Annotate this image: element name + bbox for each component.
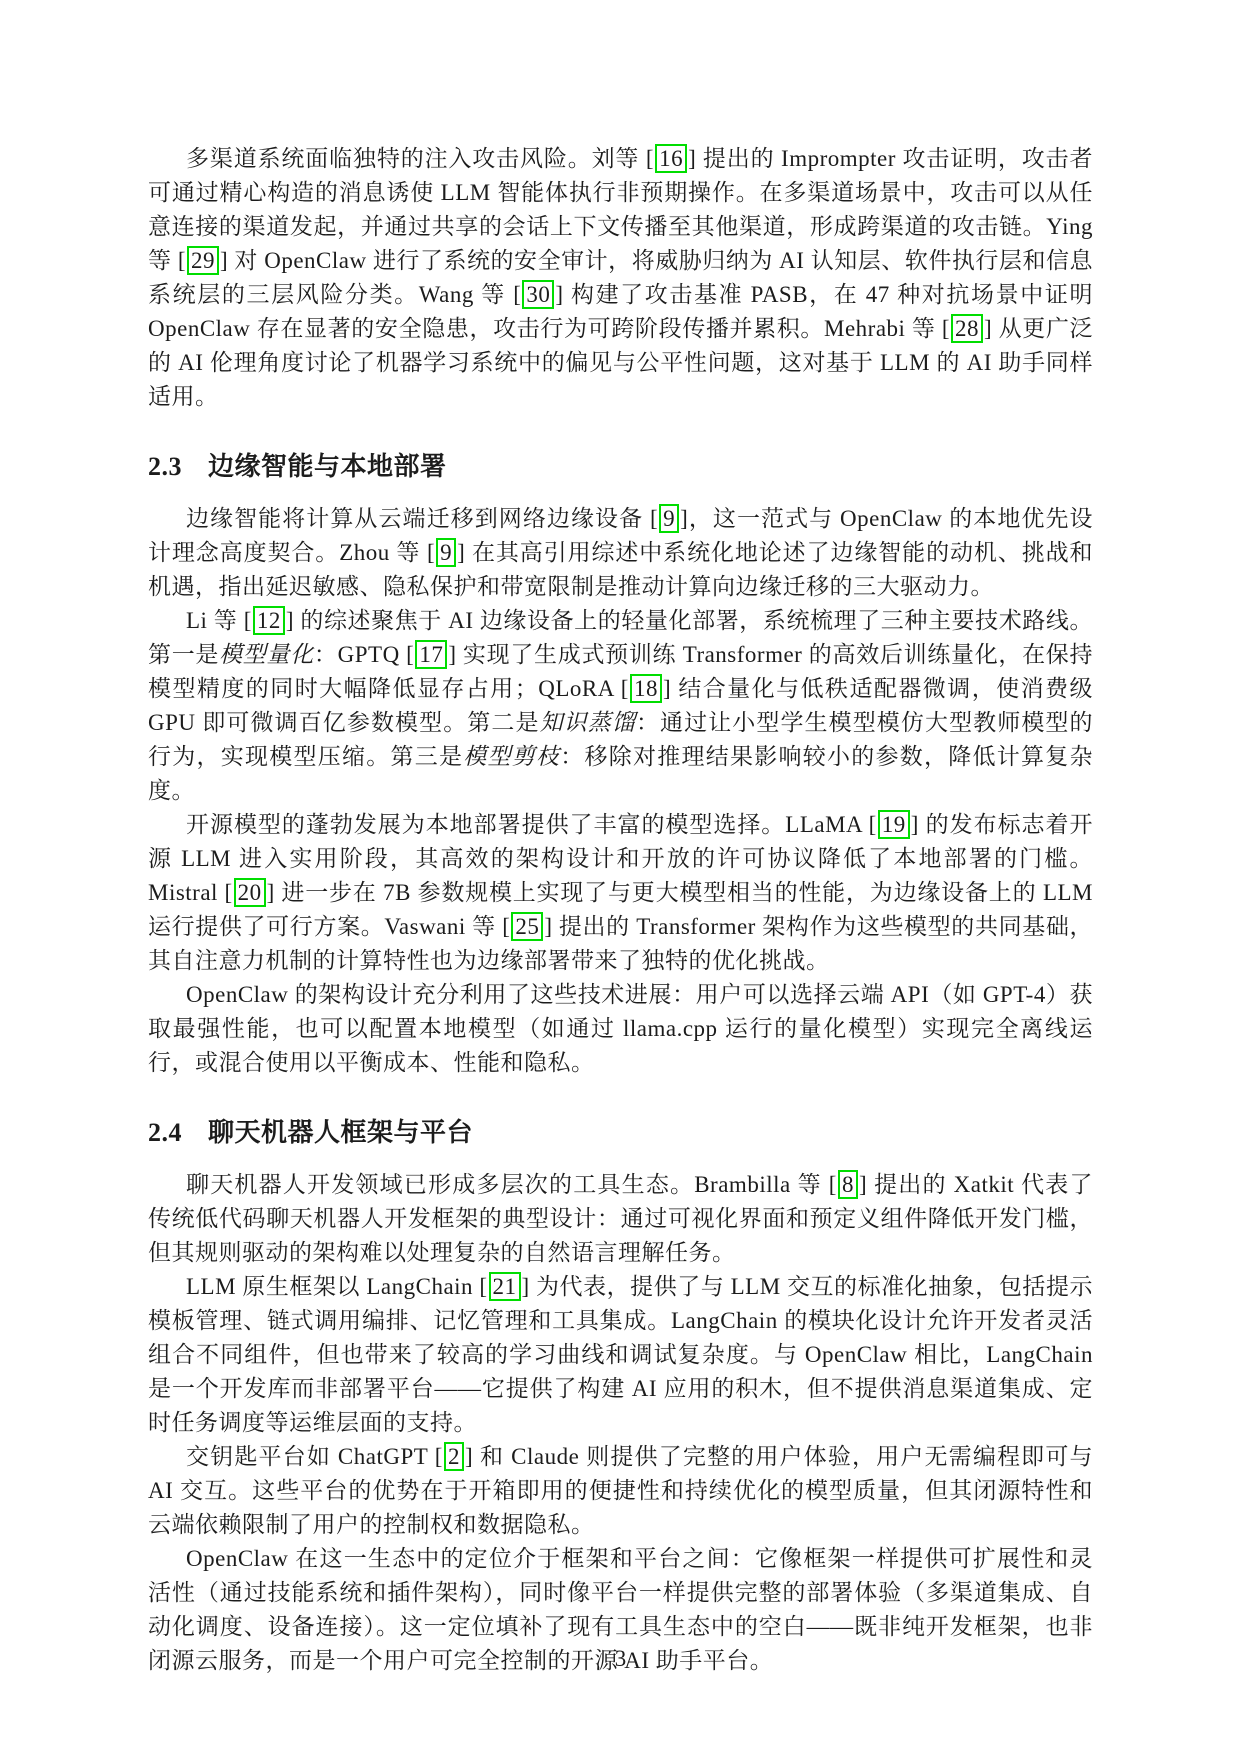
citation-number[interactable]: 21 <box>489 1272 521 1301</box>
citation-number[interactable]: 19 <box>878 810 910 839</box>
citation-number[interactable]: 9 <box>659 504 679 533</box>
citation-9[interactable]: [9] <box>427 540 465 565</box>
citation-16[interactable]: [16] <box>646 146 696 171</box>
citation-17[interactable]: [17] <box>406 642 456 667</box>
section-heading-2-3: 2.3边缘智能与本地部署 <box>148 451 1093 482</box>
citation-28[interactable]: [28] <box>942 316 992 341</box>
citation-20[interactable]: [20] <box>225 880 275 905</box>
citation-number[interactable]: 9 <box>436 538 456 567</box>
citation-number[interactable]: 25 <box>511 912 543 941</box>
citation-19[interactable]: [19] <box>869 812 919 837</box>
page-number: 3 <box>0 1645 1241 1673</box>
para-edge-intelligence: 边缘智能将计算从云端迁移到网络边缘设备 [9]，这一范式与 OpenClaw 的… <box>148 502 1093 604</box>
citation-9[interactable]: [9] <box>650 506 688 531</box>
citation-number[interactable]: 12 <box>253 606 285 635</box>
citation-8[interactable]: [8] <box>829 1172 867 1197</box>
para-lightweight-deployment: Li 等 [12] 的综述聚焦于 AI 边缘设备上的轻量化部署，系统梳理了三种主… <box>148 604 1093 808</box>
citation-number[interactable]: 8 <box>838 1170 858 1199</box>
para-llm-native-frameworks: LLM 原生框架以 LangChain [21] 为代表，提供了与 LLM 交互… <box>148 1270 1093 1440</box>
section-heading-2-4: 2.4聊天机器人框架与平台 <box>148 1117 1093 1148</box>
citation-25[interactable]: [25] <box>502 914 552 939</box>
document-body: 多渠道系统面临独特的注入攻击风险。刘等 [16] 提出的 Imprompter … <box>148 142 1093 1678</box>
citation-29[interactable]: [29] <box>178 248 228 273</box>
citation-2[interactable]: [2] <box>435 1444 473 1469</box>
citation-number[interactable]: 2 <box>444 1442 464 1471</box>
citation-number[interactable]: 20 <box>234 878 266 907</box>
citation-21[interactable]: [21] <box>479 1274 529 1299</box>
emphasized-term: 知识蒸馏 <box>540 710 636 735</box>
citation-18[interactable]: [18] <box>621 676 671 701</box>
section-number: 2.3 <box>148 452 182 481</box>
para-turnkey-platforms: 交钥匙平台如 ChatGPT [2] 和 Claude 则提供了完整的用户体验，… <box>148 1440 1093 1542</box>
para-open-source-models: 开源模型的蓬勃发展为本地部署提供了丰富的模型选择。LLaMA [19] 的发布标… <box>148 808 1093 978</box>
section-title: 边缘智能与本地部署 <box>208 452 447 481</box>
section-title: 聊天机器人框架与平台 <box>208 1118 473 1147</box>
citation-number[interactable]: 28 <box>951 314 983 343</box>
para-injection-attacks: 多渠道系统面临独特的注入攻击风险。刘等 [16] 提出的 Imprompter … <box>148 142 1093 414</box>
section-number: 2.4 <box>148 1118 182 1147</box>
para-openclaw-architecture: OpenClaw 的架构设计充分利用了这些技术进展：用户可以选择云端 API（如… <box>148 978 1093 1080</box>
citation-number[interactable]: 17 <box>415 640 447 669</box>
citation-number[interactable]: 30 <box>522 280 554 309</box>
citation-12[interactable]: [12] <box>244 608 294 633</box>
para-chatbot-ecosystem: 聊天机器人开发领域已形成多层次的工具生态。Brambilla 等 [8] 提出的… <box>148 1168 1093 1270</box>
emphasized-term: 模型剪枝 <box>463 744 560 769</box>
citation-30[interactable]: [30] <box>513 282 563 307</box>
emphasized-term: 模型量化 <box>219 642 314 667</box>
citation-number[interactable]: 18 <box>630 674 662 703</box>
citation-number[interactable]: 16 <box>655 144 687 173</box>
citation-number[interactable]: 29 <box>187 246 219 275</box>
